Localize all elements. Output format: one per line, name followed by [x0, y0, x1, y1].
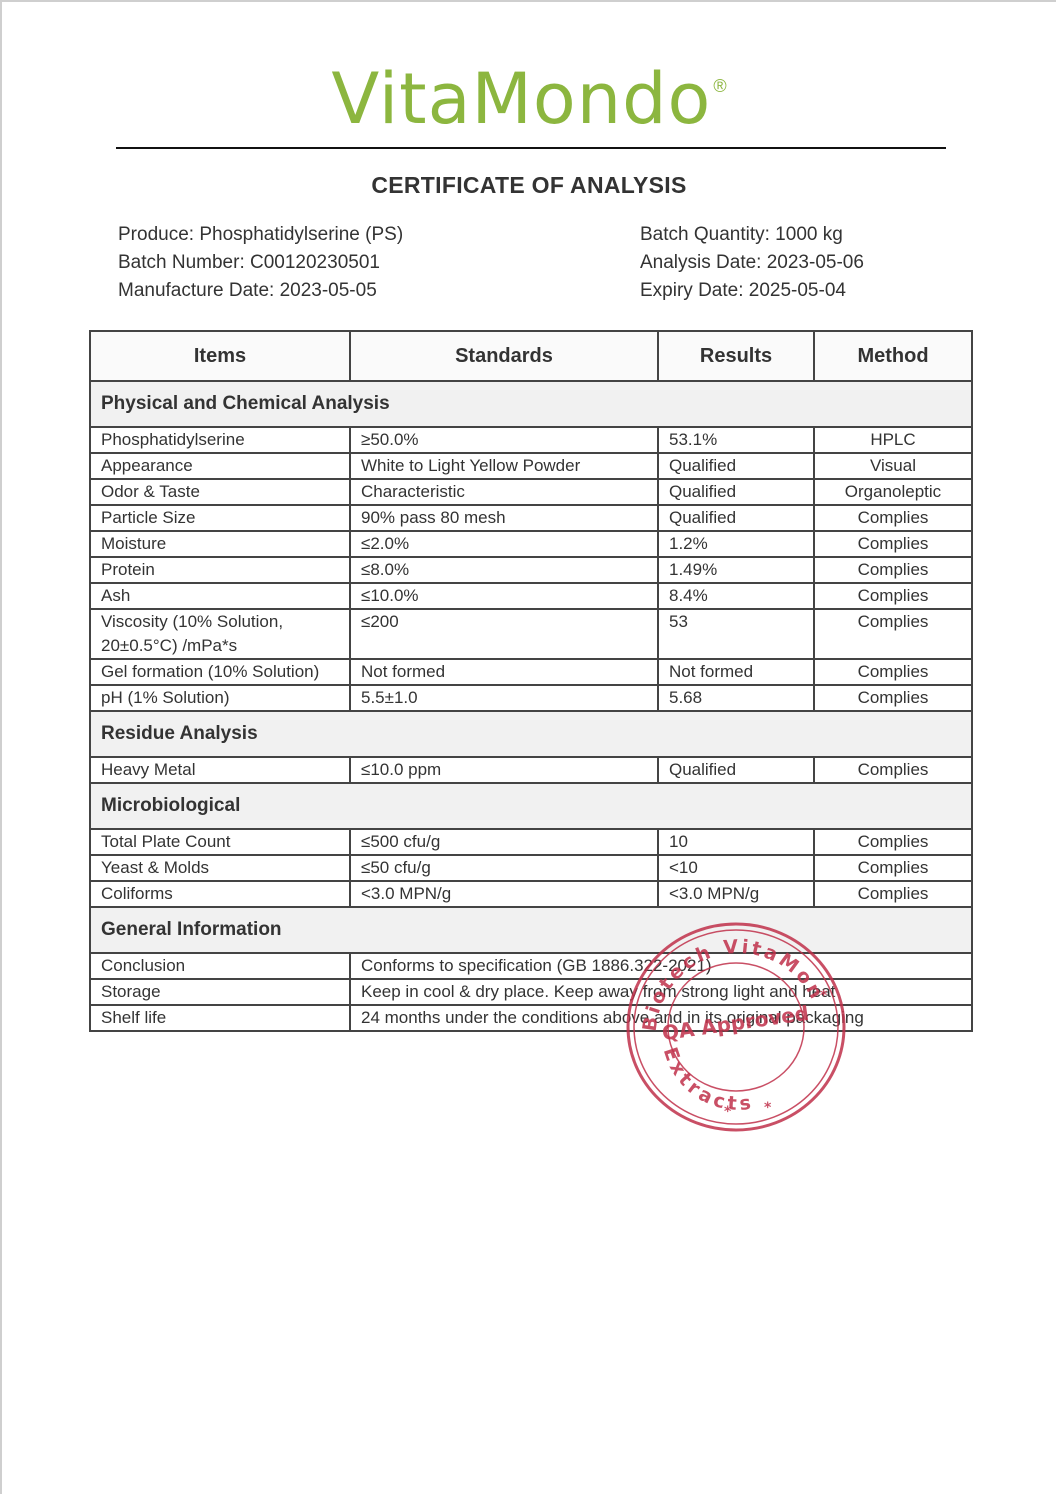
- brand-name: VitaMondo: [331, 58, 711, 140]
- stamp-outer-text-bottom: Extracts: [659, 1045, 756, 1115]
- info-row: StorageKeep in cool & dry place. Keep aw…: [90, 979, 972, 1005]
- table-row: pH (1% Solution)5.5±1.05.68Complies: [90, 685, 972, 711]
- cell-item: pH (1% Solution): [90, 685, 350, 711]
- info-label: Shelf life: [90, 1005, 350, 1031]
- cell-method: Visual: [814, 453, 972, 479]
- cell-standard: ≤8.0%: [350, 557, 658, 583]
- cell-item: Particle Size: [90, 505, 350, 531]
- cell-standard: ≤2.0%: [350, 531, 658, 557]
- header-standards: Standards: [350, 331, 658, 381]
- info-value: 24 months under the conditions above and…: [350, 1005, 972, 1031]
- info-row: ConclusionConforms to specification (GB …: [90, 953, 972, 979]
- batch-quantity-field: Batch Quantity: 1000 kg: [640, 221, 864, 249]
- table-row: Yeast & Molds≤50 cfu/g<10Complies: [90, 855, 972, 881]
- cell-method: Complies: [814, 557, 972, 583]
- cell-item: Ash: [90, 583, 350, 609]
- product-info-left: Produce: Phosphatidylserine (PS) Batch N…: [118, 221, 403, 305]
- cell-standard: <3.0 MPN/g: [350, 881, 658, 907]
- cell-item: Appearance: [90, 453, 350, 479]
- brand-logo: VitaMondo®: [2, 58, 1056, 140]
- batch-number-field: Batch Number: C00120230501: [118, 249, 403, 277]
- cell-item: Total Plate Count: [90, 829, 350, 855]
- section-title: Microbiological: [90, 783, 972, 829]
- cell-method: Organoleptic: [814, 479, 972, 505]
- expiry-date-field: Expiry Date: 2025-05-04: [640, 277, 864, 305]
- analysis-date-field: Analysis Date: 2023-05-06: [640, 249, 864, 277]
- table-row: Heavy Metal≤10.0 ppmQualifiedComplies: [90, 757, 972, 783]
- cell-item: Moisture: [90, 531, 350, 557]
- certificate-page: VitaMondo® CERTIFICATE OF ANALYSIS Produ…: [0, 0, 1056, 1494]
- cell-item: Gel formation (10% Solution): [90, 659, 350, 685]
- cell-result: 53.1%: [658, 427, 814, 453]
- analysis-table: Items Standards Results Method Physical …: [89, 330, 973, 1032]
- cell-result: <10: [658, 855, 814, 881]
- info-value: Conforms to specification (GB 1886.322-2…: [350, 953, 972, 979]
- cell-method: Complies: [814, 659, 972, 685]
- cell-item: Coliforms: [90, 881, 350, 907]
- cell-method: HPLC: [814, 427, 972, 453]
- header-divider: [116, 147, 946, 149]
- header-results: Results: [658, 331, 814, 381]
- table-row: Ash≤10.0%8.4%Complies: [90, 583, 972, 609]
- cell-result: Qualified: [658, 757, 814, 783]
- cell-method: Complies: [814, 583, 972, 609]
- table-row: Viscosity (10% Solution, 20±0.5°C) /mPa*…: [90, 609, 972, 659]
- table-row: Protein≤8.0%1.49%Complies: [90, 557, 972, 583]
- info-label: Storage: [90, 979, 350, 1005]
- table-row: Particle Size90% pass 80 meshQualifiedCo…: [90, 505, 972, 531]
- cell-standard: ≤10.0 ppm: [350, 757, 658, 783]
- cell-standard: Characteristic: [350, 479, 658, 505]
- section-row: Residue Analysis: [90, 711, 972, 757]
- cell-standard: ≤200: [350, 609, 658, 659]
- section-row: Physical and Chemical Analysis: [90, 381, 972, 427]
- table-row: Coliforms<3.0 MPN/g<3.0 MPN/gComplies: [90, 881, 972, 907]
- cell-result: Qualified: [658, 453, 814, 479]
- manufacture-date-field: Manufacture Date: 2023-05-05: [118, 277, 403, 305]
- cell-result: 8.4%: [658, 583, 814, 609]
- cell-result: 53: [658, 609, 814, 659]
- section-title: Physical and Chemical Analysis: [90, 381, 972, 427]
- section-row: Microbiological: [90, 783, 972, 829]
- cell-item: Odor & Taste: [90, 479, 350, 505]
- section-title: General Information: [90, 907, 972, 953]
- cell-standard: Not formed: [350, 659, 658, 685]
- cell-item: Protein: [90, 557, 350, 583]
- cell-method: Complies: [814, 757, 972, 783]
- table-row: Odor & TasteCharacteristicQualifiedOrgan…: [90, 479, 972, 505]
- table-row: Total Plate Count≤500 cfu/g10Complies: [90, 829, 972, 855]
- cell-method: Complies: [814, 881, 972, 907]
- info-value: Keep in cool & dry place. Keep away from…: [350, 979, 972, 1005]
- cell-result: 1.49%: [658, 557, 814, 583]
- cell-standard: 90% pass 80 mesh: [350, 505, 658, 531]
- registered-mark: ®: [713, 76, 726, 96]
- cell-result: Qualified: [658, 505, 814, 531]
- cell-method: Complies: [814, 829, 972, 855]
- cell-method: Complies: [814, 531, 972, 557]
- cell-item: Phosphatidylserine: [90, 427, 350, 453]
- cell-standard: White to Light Yellow Powder: [350, 453, 658, 479]
- cell-standard: ≤500 cfu/g: [350, 829, 658, 855]
- stamp-star-icon: *: [724, 1104, 732, 1120]
- cell-item: Viscosity (10% Solution, 20±0.5°C) /mPa*…: [90, 609, 350, 659]
- cell-result: <3.0 MPN/g: [658, 881, 814, 907]
- cell-method: Complies: [814, 855, 972, 881]
- stamp-star-icon: *: [764, 1100, 772, 1116]
- header-method: Method: [814, 331, 972, 381]
- svg-text:Extracts: Extracts: [659, 1045, 756, 1115]
- cell-method: Complies: [814, 505, 972, 531]
- table-header-row: Items Standards Results Method: [90, 331, 972, 381]
- produce-field: Produce: Phosphatidylserine (PS): [118, 221, 403, 249]
- cell-standard: ≤50 cfu/g: [350, 855, 658, 881]
- cell-result: 1.2%: [658, 531, 814, 557]
- cell-result: 10: [658, 829, 814, 855]
- cell-item: Yeast & Molds: [90, 855, 350, 881]
- cell-result: Not formed: [658, 659, 814, 685]
- table-row: Phosphatidylserine≥50.0%53.1%HPLC: [90, 427, 972, 453]
- product-info-right: Batch Quantity: 1000 kg Analysis Date: 2…: [640, 221, 864, 305]
- cell-standard: ≥50.0%: [350, 427, 658, 453]
- cell-item: Heavy Metal: [90, 757, 350, 783]
- info-row: Shelf life24 months under the conditions…: [90, 1005, 972, 1031]
- cell-method: Complies: [814, 609, 972, 659]
- table-row: AppearanceWhite to Light Yellow PowderQu…: [90, 453, 972, 479]
- section-title: Residue Analysis: [90, 711, 972, 757]
- section-row: General Information: [90, 907, 972, 953]
- table-row: Gel formation (10% Solution)Not formedNo…: [90, 659, 972, 685]
- header-items: Items: [90, 331, 350, 381]
- cell-standard: ≤10.0%: [350, 583, 658, 609]
- cell-standard: 5.5±1.0: [350, 685, 658, 711]
- document-title: CERTIFICATE OF ANALYSIS: [2, 172, 1056, 199]
- cell-result: Qualified: [658, 479, 814, 505]
- info-label: Conclusion: [90, 953, 350, 979]
- cell-method: Complies: [814, 685, 972, 711]
- cell-result: 5.68: [658, 685, 814, 711]
- table-row: Moisture≤2.0%1.2%Complies: [90, 531, 972, 557]
